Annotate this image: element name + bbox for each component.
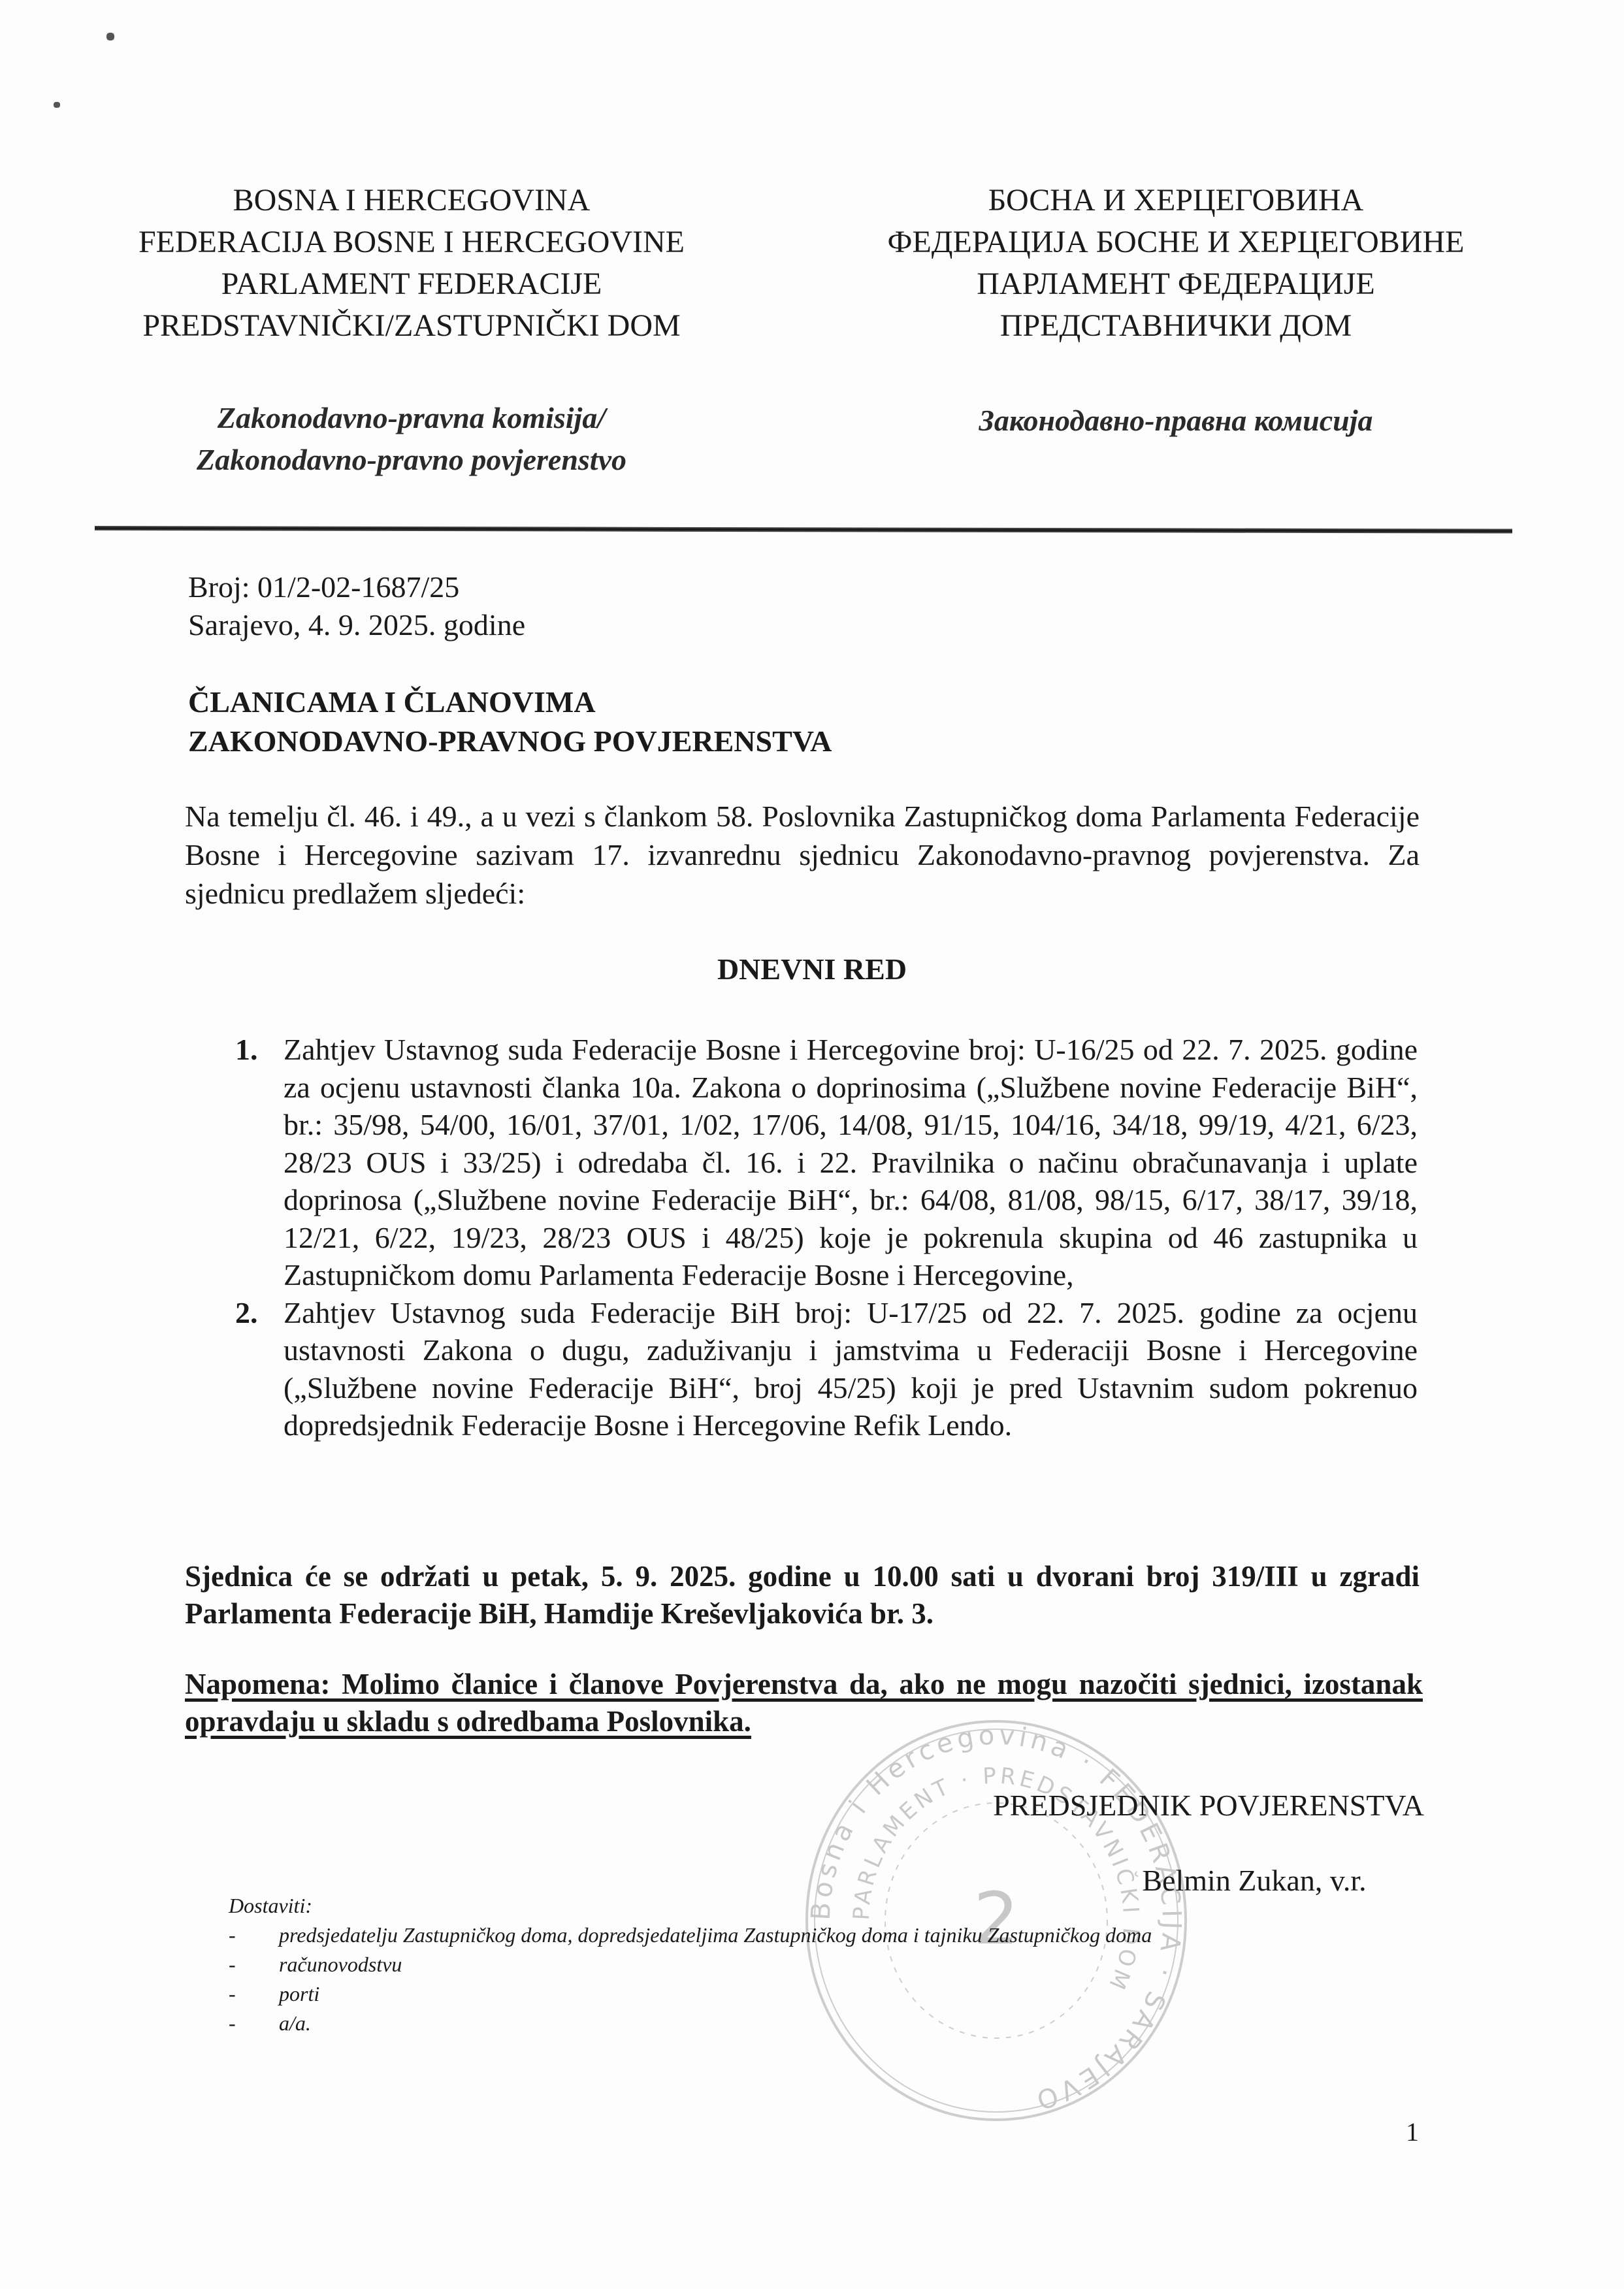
session-details: Sjednica će se održati u petak, 5. 9. 20…: [185, 1558, 1420, 1632]
header-federation: FEDERACIJA BOSNE I HERCEGOVINE: [118, 221, 706, 263]
document-meta: Broj: 01/2-02-1687/25 Sarajevo, 4. 9. 20…: [188, 568, 525, 644]
distribution-item-text: a/a.: [279, 2011, 311, 2035]
dash-bullet-icon: -: [229, 2009, 236, 2038]
distribution-items: -predsjedatelju Zastupničkog doma, dopre…: [229, 1921, 1152, 2038]
distribution-item: -porti: [229, 1979, 1152, 2009]
agenda-list: 1.Zahtjev Ustavnog suda Federacije Bosne…: [235, 1031, 1418, 1444]
distribution-item-text: računovodstvu: [279, 1953, 402, 1976]
page-number: 1: [1406, 2117, 1419, 2147]
distribution-item: -računovodstvu: [229, 1950, 1152, 1979]
dash-bullet-icon: -: [229, 1950, 236, 1979]
addressee: ČLANICAMA I ČLANOVIMA ZAKONODAVNO-PRAVNO…: [188, 683, 832, 761]
committee-name-line: Законодавно-правна комисија: [856, 400, 1496, 442]
document-page: BOSNA I HERCEGOVINA FEDERACIJA BOSNE I H…: [0, 0, 1624, 2289]
header-separator: [95, 526, 1512, 534]
agenda-title: DNEVNI RED: [0, 952, 1624, 986]
intro-paragraph: Na temelju čl. 46. i 49., a u vezi s čla…: [185, 797, 1420, 913]
distribution-item-text: porti: [279, 1982, 319, 2005]
agenda-item: 1.Zahtjev Ustavnog suda Federacije Bosne…: [235, 1031, 1418, 1294]
scan-speck: [54, 102, 60, 108]
committee-name-line: Zakonodavno-pravna komisija/: [118, 397, 706, 439]
header-latin: BOSNA I HERCEGOVINA FEDERACIJA BOSNE I H…: [118, 180, 706, 347]
scan-speck: [106, 33, 114, 41]
committee-name-latin: Zakonodavno-pravna komisija/ Zakonodavno…: [118, 397, 706, 481]
reference-number: Broj: 01/2-02-1687/25: [188, 568, 525, 606]
agenda-item-number: 1.: [235, 1031, 258, 1069]
signatory-title: PREDSJEDNIK POVJERENSTVA: [941, 1787, 1424, 1825]
signature-block: PREDSJEDNIK POVJERENSTVA Belmin Zukan, v…: [941, 1787, 1424, 1825]
addressee-line: ZAKONODAVNO-PRAVNOG POVJERENSTVA: [188, 722, 832, 761]
committee-name-cyrillic: Законодавно-правна комисија: [856, 400, 1496, 442]
distribution-item: -a/a.: [229, 2009, 1152, 2038]
header-country: BOSNA I HERCEGOVINA: [118, 180, 706, 221]
place-date: Sarajevo, 4. 9. 2025. godine: [188, 606, 525, 644]
agenda-item: 2.Zahtjev Ustavnog suda Federacije BiH b…: [235, 1294, 1418, 1444]
header-cyrillic: БОСНА И ХЕРЦЕГОВИНА ФЕДЕРАЦИЈА БОСНЕ И Х…: [856, 180, 1496, 347]
distribution-list: Dostaviti: -predsjedatelju Zastupničkog …: [229, 1891, 1152, 2038]
addressee-line: ČLANICAMA I ČLANOVIMA: [188, 683, 832, 722]
header-house: PREDSTAVNIČKI/ZASTUPNIČKI DOM: [118, 305, 706, 347]
distribution-item: -predsjedatelju Zastupničkog doma, dopre…: [229, 1921, 1152, 1950]
header-parliament: PARLAMENT FEDERACIJE: [118, 263, 706, 305]
header-house-cyr: ПРЕДСТАВНИЧКИ ДОМ: [856, 305, 1496, 347]
agenda-item-number: 2.: [235, 1294, 258, 1332]
agenda-item-text: Zahtjev Ustavnog suda Federacije Bosne i…: [284, 1033, 1418, 1291]
dash-bullet-icon: -: [229, 1979, 236, 2009]
header-country-cyr: БОСНА И ХЕРЦЕГОВИНА: [856, 180, 1496, 221]
agenda-item-text: Zahtjev Ustavnog suda Federacije BiH bro…: [284, 1296, 1418, 1442]
header-parliament-cyr: ПАРЛАМЕНТ ФЕДЕРАЦИЈЕ: [856, 263, 1496, 305]
committee-name-line: Zakonodavno-pravno povjerenstvo: [118, 439, 706, 481]
header-federation-cyr: ФЕДЕРАЦИЈА БОСНЕ И ХЕРЦЕГОВИНЕ: [856, 221, 1496, 263]
distribution-item-text: predsjedatelju Zastupničkog doma, dopred…: [279, 1923, 1152, 1947]
distribution-label: Dostaviti:: [229, 1891, 1152, 1921]
dash-bullet-icon: -: [229, 1921, 236, 1950]
